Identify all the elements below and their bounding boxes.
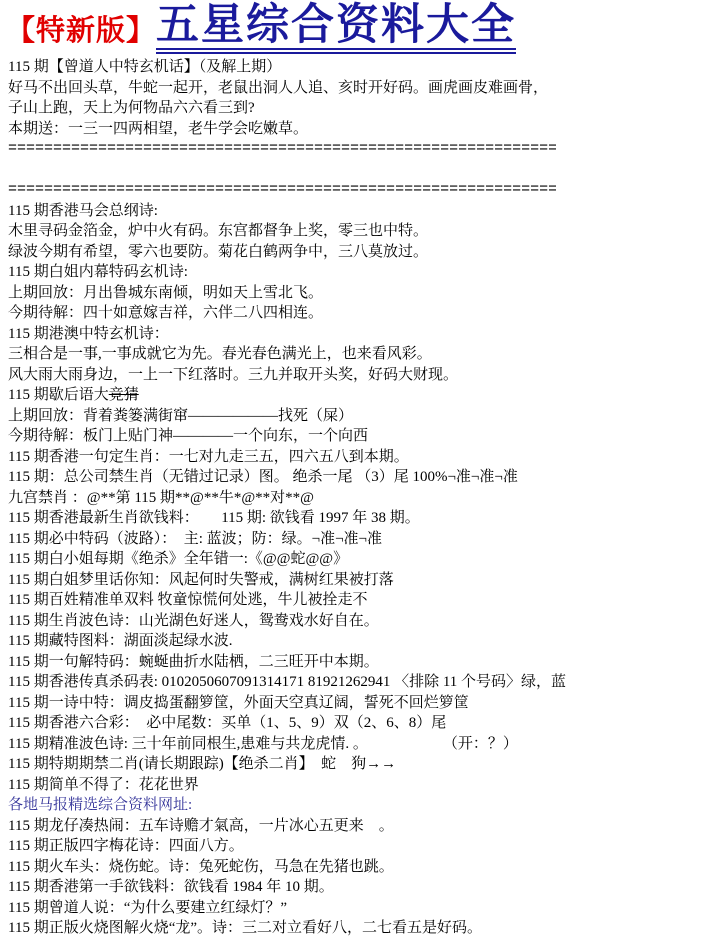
text-line: 好马不出回头草，牛蛇一起开，老鼠出洞人人追、亥时开好码。画虎画皮难画骨，	[8, 78, 713, 99]
text-line: 115 期：总公司禁生肖（无错过记录）图。 绝杀一尾 （3）尾 100%¬准¬准…	[8, 467, 713, 488]
text-line: 115 期生肖波色诗：山光湖色好迷人，鸳鸯戏水好自在。	[8, 611, 713, 632]
page-header: 【特新版】 五星综合资料大全	[0, 0, 713, 57]
text-line: 115 期港澳中特玄机诗：	[8, 324, 713, 345]
text-line: 今期待解：四十如意嫁吉祥，六伴二八四相连。	[8, 303, 713, 324]
text-line: 九宫禁肖 ：@**第 115 期**@**牛*@**对**@	[8, 488, 713, 509]
text-line: 115 期正版四字梅花诗：四面八方。	[8, 836, 713, 857]
text-line: 115 期精准波色诗: 三十年前同根生,患难与共龙虎情. 。 （开：？）	[8, 734, 713, 755]
text-line: 115 期正版火烧图解火烧“龙”。诗：三二对立看好八，二七看五是好码。	[8, 918, 713, 939]
text-line: 上期回放：背着粪篓满街窜——————找死（屎）	[8, 406, 713, 427]
struck-text: 竞猜	[109, 387, 139, 403]
text-line: 115 期百姓精准单双料 牧童惊慌何处逃，牛儿被拴走不	[8, 590, 713, 611]
separator-line: ========================================…	[8, 180, 556, 201]
text-line: 115 期龙仔凑热闹：五车诗赡才氣高，一片冰心五更来 。	[8, 816, 713, 837]
text-line: 本期送：一三一四两相望，老牛学会吃嫩草。	[8, 119, 713, 140]
text-line: 上期回放：月出鲁城东南倾，明如天上雪北飞。	[8, 283, 713, 304]
text-line: 115 期曾道人说：“为什么要建立红绿灯？”	[8, 898, 713, 919]
text-line: 115 期香港一句定生肖：一七对九走三五，四六五八到本期。	[8, 447, 713, 468]
text-line: 115 期一诗中特：调皮捣蛋翻箩筐，外面天空真辽阔，誓死不回烂箩筐	[8, 693, 713, 714]
blank-line	[8, 160, 713, 181]
text-line: 115 期白姐梦里话你知：风起何时失警戒，满树红果被打落	[8, 570, 713, 591]
text-line: 115 期歇后语大竞猜	[8, 385, 713, 406]
text-line: 115 期简单不得了：花花世界	[8, 775, 713, 796]
lottery-info-page: 【特新版】 五星综合资料大全 115 期【曾道人中特玄机话】（及解上期）好马不出…	[0, 0, 713, 939]
text-line: 115 期香港六合彩： 必中尾数：买单（1、5、9）双（2、6、8）尾	[8, 713, 713, 734]
text-line: 115 期藏特图料：湖面淡起绿水波.	[8, 631, 713, 652]
text-line: 三相合是一事,一事成就它为先。春光春色满光上，也来看风彩。	[8, 344, 713, 365]
separator-line: ========================================…	[8, 139, 556, 160]
text-line: 今期待解：板门上贴门神————一个向东，一个向西	[8, 426, 713, 447]
text-line: 风大雨大雨身边，一上一下红落时。三九并取开头奖，好码大财现。	[8, 365, 713, 386]
text-line: 绿波今期有希望，零六也要防。菊花白鹤两争中，三八莫放过。	[8, 242, 713, 263]
text-line: 115 期白姐内幕特码玄机诗:	[8, 262, 713, 283]
text-line: 115 期火车头：烧伤蛇。诗：兔死蛇伤，马急在先猪也跳。	[8, 857, 713, 878]
text-line: 115 期香港传真杀码表: 0102050607091314171 819212…	[8, 672, 713, 693]
text-line: 115 期香港最新生肖欲钱料： 115 期: 欲钱看 1997 年 38 期。	[8, 508, 713, 529]
page-title: 五星综合资料大全	[156, 4, 516, 54]
text-line: 115 期特期期禁二肖(请长期跟踪)【绝杀二肖】 蛇 狗→→	[8, 754, 713, 775]
text-line: 115 期白小姐每期《绝杀》全年错一:《@@蛇@@》	[8, 549, 713, 570]
text-line: 115 期香港第一手欲钱料：欲钱看 1984 年 10 期。	[8, 877, 713, 898]
text-segment: 115 期歇后语大	[8, 387, 109, 403]
resources-heading: 各地马报精选综合资料网址:	[8, 795, 713, 816]
text-line: 子山上跑，天上为何物品六六看三到?	[8, 98, 713, 119]
text-line: 115 期一句解特码：蜿蜒曲折水陆栖，二三旺开中本期。	[8, 652, 713, 673]
text-line: 木里寻码金箔金，炉中火有码。东宫都督争上奖，零三也中特。	[8, 221, 713, 242]
text-line: 115 期必中特码（波路）： 主: 蓝波；防：绿。¬准¬准¬准	[8, 529, 713, 550]
text-line: 115 期香港马会总纲诗:	[8, 201, 713, 222]
content-lines: 115 期【曾道人中特玄机话】（及解上期）好马不出回头草，牛蛇一起开，老鼠出洞人…	[0, 57, 713, 939]
text-line: 115 期【曾道人中特玄机话】（及解上期）	[8, 57, 713, 78]
edition-badge: 【特新版】	[6, 8, 156, 49]
